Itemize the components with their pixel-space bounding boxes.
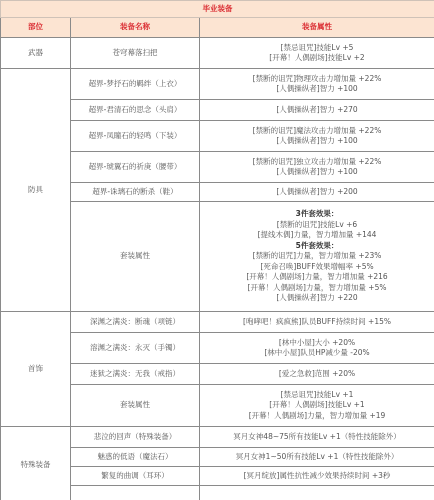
attribute-line: [林中小屋]大小 +20% xyxy=(202,338,432,349)
attribute-line: [禁断的诅咒]独立攻击力增加量 +22% xyxy=(202,157,432,168)
attribute-line: [开幕！人偶剧场]技能Lv +1 xyxy=(202,400,432,411)
set-bonus-attributes: 3件套效果： [禁断的诅咒]技能Lv +6 [提线木偶]力量，智力增加量 +14… xyxy=(200,202,434,312)
table-row: 首饰 深渊之满炎：断魂（项链） [咆哮吧！疯疯熊]队员BUFF持续时间 +15% xyxy=(1,312,434,333)
table-title-row: 毕业装备 xyxy=(1,1,434,18)
attribute-line: [提线木偶]力量，智力增加量 +144 xyxy=(202,230,432,241)
table-row: 武器 苍穹幕落扫把 [禁忌诅咒]技能Lv +5 [开幕！人偶剧场]技能Lv +2 xyxy=(1,38,434,69)
equipment-name: 苍穹幕落扫把 xyxy=(71,38,200,69)
attribute-line: [开幕！人偶剧场]力量，智力增加量 +19 xyxy=(202,411,432,422)
header-equipment-name: 装备名称 xyxy=(71,18,200,38)
equipment-name: 迷狱之满炎：无我（戒指） xyxy=(71,364,200,385)
attribute-line: [林中小屋]队员HP减少量 -20% xyxy=(202,348,432,359)
category-accessory: 首饰 xyxy=(1,312,71,427)
equipment-attributes: [冥月绽放]属性抗性减少效果持续时间 +3秒 xyxy=(200,467,434,486)
equipment-name: 魅惑的低语（魔法石） xyxy=(71,448,200,467)
equipment-name: 套装属性 xyxy=(71,202,200,312)
equipment-attributes: 冥月女神48~75所有技能Lv +1（特性技能除外） xyxy=(200,427,434,448)
category-armor: 防具 xyxy=(1,69,71,312)
equipment-attributes: [爱之急救]范围 +20% xyxy=(200,364,434,385)
equipment-name: 溶渊之满炎：永灭（手镯） xyxy=(71,333,200,364)
equipment-name: 超界-诛璃石的断杀（鞋） xyxy=(71,183,200,202)
attribute-line: [死命召唤]BUFF效果增幅率 +5% xyxy=(202,262,432,273)
attribute-line: [人偶操纵者]智力 +270 xyxy=(202,105,432,116)
equipment-attributes: [咆哮吧！疯疯熊]队员BUFF持续时间 +15% xyxy=(200,312,434,333)
attribute-line: [开幕！人偶剧场]力量，智力增加量 +5% xyxy=(202,283,432,294)
attribute-line: [人偶操纵者]智力 +220 xyxy=(202,293,432,304)
attribute-line: [人偶操纵者]智力 +100 xyxy=(202,136,432,147)
set-bonus-attributes: [禁忌诅咒]技能Lv +1 [开幕！人偶剧场]技能Lv +1 [开幕！人偶剧场]… xyxy=(200,385,434,427)
attribute-line: [开幕！人偶剧场]技能Lv +2 xyxy=(202,53,432,64)
equipment-name: 套装属性 xyxy=(71,385,200,427)
equipment-attributes: [禁断的诅咒]物理攻击力增加量 +22% [人偶操纵者]智力 +100 xyxy=(200,69,434,100)
graduation-equipment-table: 毕业装备 部位 装备名称 装备属性 武器 苍穹幕落扫把 [禁忌诅咒]技能Lv +… xyxy=(0,0,434,500)
attribute-line: [禁断的诅咒]力量，智力增加量 +23% xyxy=(202,251,432,262)
attribute-line: 冥月女神48~75所有技能Lv +1（特性技能除外） xyxy=(202,432,432,443)
attribute-line: [人偶操纵者]智力 +200 xyxy=(202,187,432,198)
equipment-attributes: 冥月女神1~50所有技能Lv +1（特性技能除外） xyxy=(200,448,434,467)
equipment-attributes: [人偶操纵者]智力 +200 xyxy=(200,183,434,202)
header-slot: 部位 xyxy=(1,18,71,38)
attribute-line: [冥月绽放]属性抗性减少效果持续时间 +3秒 xyxy=(202,471,432,482)
table-header-row: 部位 装备名称 装备属性 xyxy=(1,18,434,38)
equipment-name: 超界-凤瞳石的轻鸣（下装） xyxy=(71,121,200,152)
set-bonus-heading: 5件套效果： xyxy=(202,241,432,252)
header-equipment-attributes: 装备属性 xyxy=(200,18,434,38)
attribute-line: [人偶操纵者]智力 +100 xyxy=(202,84,432,95)
equipment-name xyxy=(71,486,200,500)
table-row: 防具 超界-梦抒石的羁绊（上衣） [禁断的诅咒]物理攻击力增加量 +22% [人… xyxy=(1,69,434,100)
equipment-attributes xyxy=(200,486,434,500)
equipment-attributes: [禁断的诅咒]独立攻击力增加量 +22% [人偶操纵者]智力 +100 xyxy=(200,152,434,183)
category-weapon: 武器 xyxy=(1,38,71,69)
attribute-line: [禁断的诅咒]魔法攻击力增加量 +22% xyxy=(202,126,432,137)
equipment-attributes: [人偶操纵者]智力 +270 xyxy=(200,100,434,121)
attribute-line: [禁断的诅咒]物理攻击力增加量 +22% xyxy=(202,74,432,85)
equipment-attributes: [禁忌诅咒]技能Lv +5 [开幕！人偶剧场]技能Lv +2 xyxy=(200,38,434,69)
attribute-line: [爱之急救]范围 +20% xyxy=(202,369,432,380)
attribute-line: 冥月女神1~50所有技能Lv +1（特性技能除外） xyxy=(202,452,432,463)
set-bonus-heading: 3件套效果： xyxy=(202,209,432,220)
equipment-attributes: [林中小屋]大小 +20% [林中小屋]队员HP减少量 -20% xyxy=(200,333,434,364)
equipment-name: 超界-梦抒石的羁绊（上衣） xyxy=(71,69,200,100)
attribute-line: [人偶操纵者]智力 +100 xyxy=(202,167,432,178)
category-special-equipment: 特殊装备 xyxy=(1,427,71,500)
equipment-name: 繁复的曲调（耳环） xyxy=(71,467,200,486)
equipment-name: 超界-君清石的思念（头肩） xyxy=(71,100,200,121)
equipment-name: 超界-琥翼石的祈庚（腰带） xyxy=(71,152,200,183)
equipment-name: 深渊之满炎：断魂（项链） xyxy=(71,312,200,333)
attribute-line: [禁断的诅咒]技能Lv +6 xyxy=(202,220,432,231)
equipment-attributes: [禁断的诅咒]魔法攻击力增加量 +22% [人偶操纵者]智力 +100 xyxy=(200,121,434,152)
table-row: 特殊装备 悲泣的回声（特殊装备） 冥月女神48~75所有技能Lv +1（特性技能… xyxy=(1,427,434,448)
attribute-line: [禁忌诅咒]技能Lv +5 xyxy=(202,43,432,54)
attribute-line: [禁忌诅咒]技能Lv +1 xyxy=(202,390,432,401)
equipment-name: 悲泣的回声（特殊装备） xyxy=(71,427,200,448)
attribute-line: [咆哮吧！疯疯熊]队员BUFF持续时间 +15% xyxy=(202,317,432,328)
attribute-line: [开幕！人偶剧场]力量，智力增加量 +216 xyxy=(202,272,432,283)
table-title: 毕业装备 xyxy=(1,1,434,18)
